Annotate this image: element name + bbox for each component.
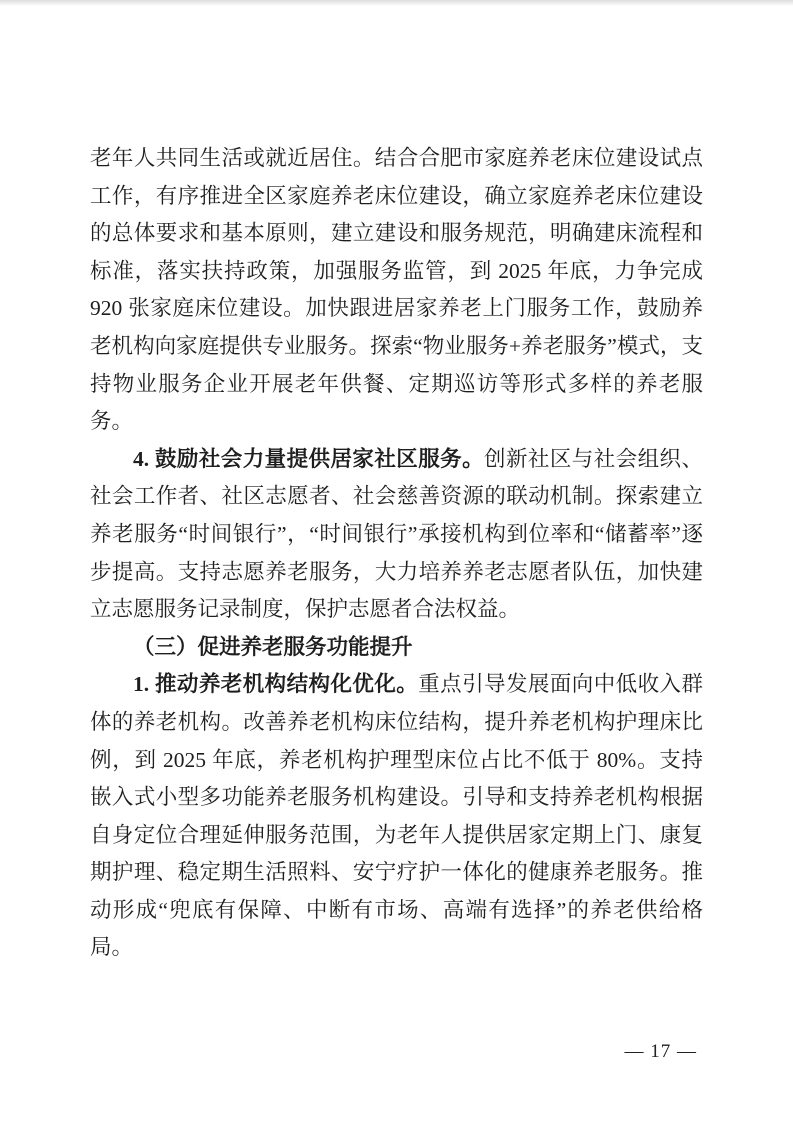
item-1-text: 重点引导发展面向中低收入群体的养老机构。改善养老机构床位结构，提升养老机构护理床…	[90, 672, 703, 959]
item-1-lead: 1. 推动养老机构结构化优化。	[133, 672, 418, 696]
section-heading: （三）促进养老服务功能提升	[90, 629, 703, 667]
page-number: — 17 —	[625, 1041, 698, 1063]
paragraph-item-1: 1. 推动养老机构结构化优化。重点引导发展面向中低收入群体的养老机构。改善养老机…	[90, 666, 703, 967]
paragraph-continuation: 老年人共同生活或就近居住。结合合肥市家庭养老床位建设试点工作，有序推进全区家庭养…	[90, 140, 703, 441]
item-4-text: 创新社区与社会组织、社会工作者、社区志愿者、社会慈善资源的联动机制。探索建立养老…	[90, 447, 703, 621]
text-block: 老年人共同生活或就近居住。结合合肥市家庭养老床位建设试点工作，有序推进全区家庭养…	[90, 140, 703, 967]
paragraph-item-4: 4. 鼓励社会力量提供居家社区服务。创新社区与社会组织、社会工作者、社区志愿者、…	[90, 441, 703, 629]
scan-edge-artifact	[0, 0, 793, 6]
item-4-lead: 4. 鼓励社会力量提供居家社区服务。	[133, 447, 484, 471]
